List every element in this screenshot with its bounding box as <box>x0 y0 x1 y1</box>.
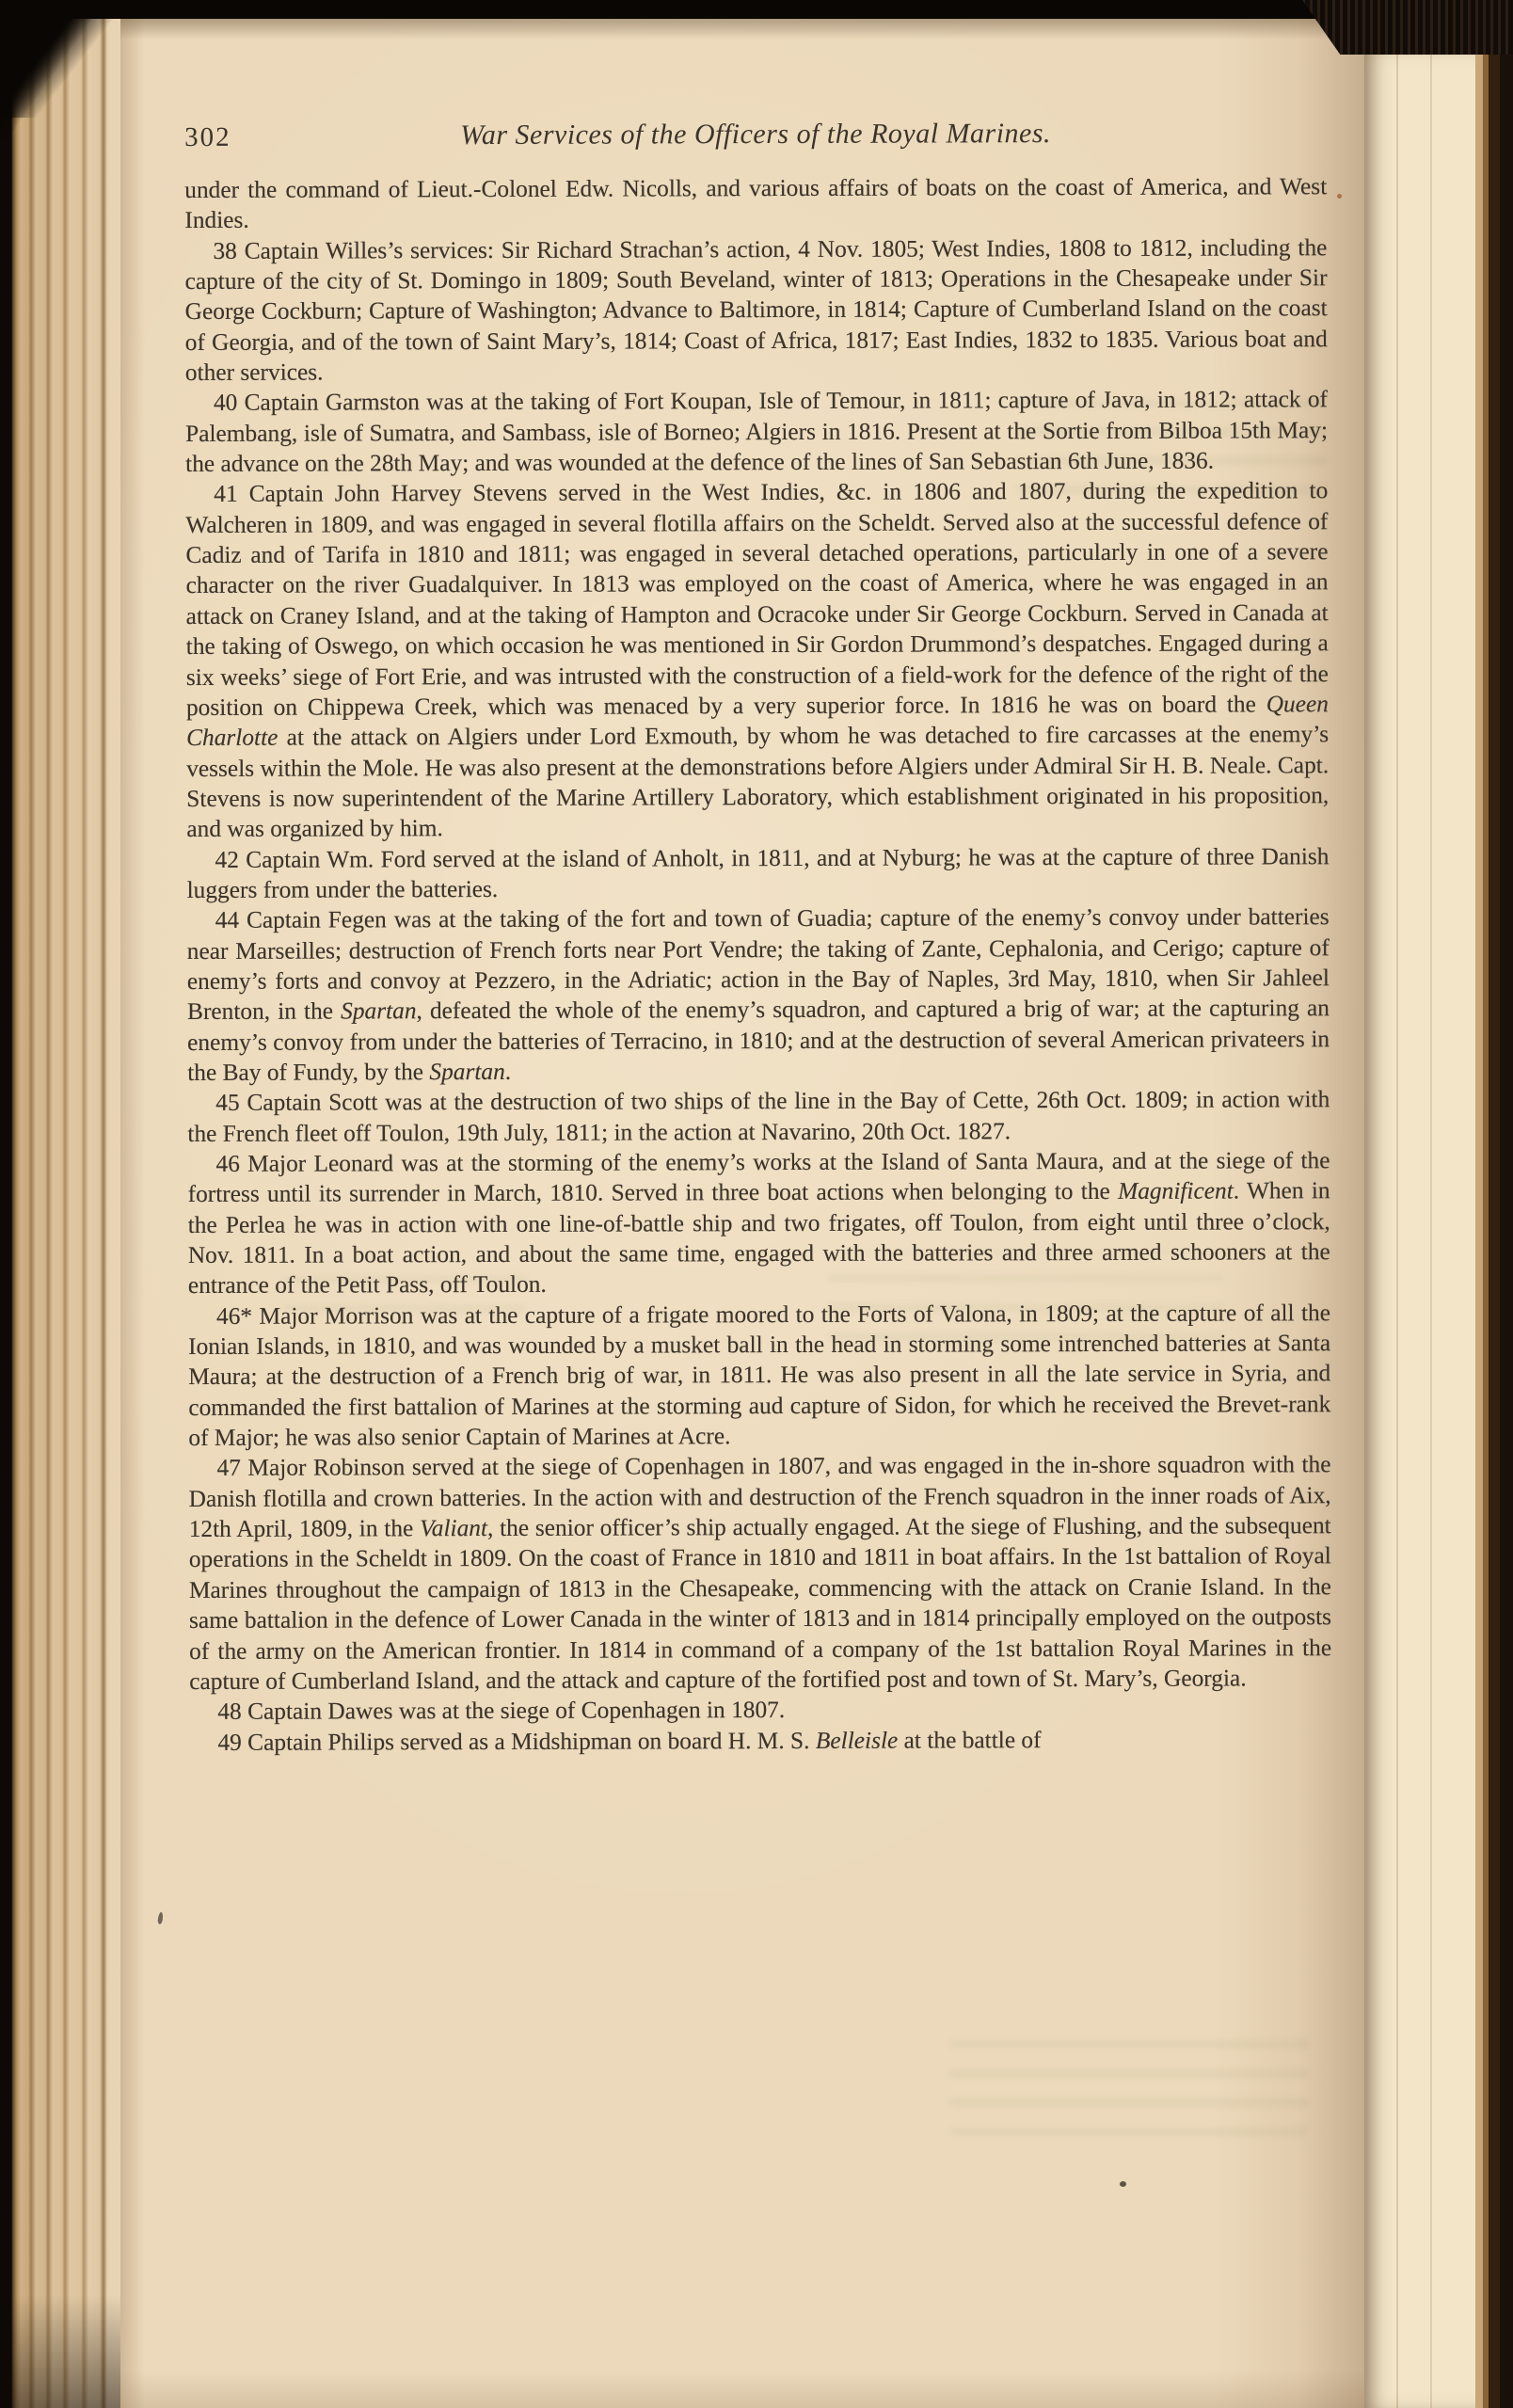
running-title: War Services of the Officers of the Roya… <box>184 115 1327 152</box>
paragraph: under the command of Lieut.-Colonel Edw.… <box>184 171 1327 236</box>
paragraph: 46* Major Morrison was at the capture of… <box>188 1298 1331 1454</box>
cover-corner-top-left <box>0 0 188 118</box>
paragraph: 38 Captain Willes’s services: Sir Richar… <box>184 232 1328 389</box>
show-through-text <box>950 2023 1308 2136</box>
ink-spot <box>1120 2181 1126 2187</box>
adjacent-page <box>1364 53 1475 2408</box>
paragraph: 46 Major Leonard was at the storming of … <box>187 1145 1330 1301</box>
paragraph: 44 Captain Fegen was at the taking of th… <box>187 901 1330 1088</box>
paragraph: 47 Major Robinson served at the siege of… <box>188 1450 1331 1698</box>
page-number: 302 <box>184 122 231 153</box>
paragraph: 48 Captain Dawes was at the siege of Cop… <box>189 1693 1331 1727</box>
paragraph: 49 Captain Philips served as a Midshipma… <box>189 1724 1331 1758</box>
paragraph: 41 Captain John Harvey Stevens served in… <box>185 476 1329 845</box>
stain-spot <box>1337 194 1342 199</box>
paragraph: 42 Captain Wm. Ford served at the island… <box>186 841 1329 906</box>
text-block: 302 War Services of the Officers of the … <box>184 115 1331 1758</box>
page-edges-right <box>1475 0 1513 2408</box>
binding-top-edge <box>0 0 1513 19</box>
running-head: 302 War Services of the Officers of the … <box>184 115 1327 164</box>
paragraph: 45 Captain Scott was at the destruction … <box>187 1084 1330 1149</box>
paragraph: 40 Captain Garmston was at the taking of… <box>185 385 1328 480</box>
page-edges-left <box>0 0 122 2408</box>
body-text: under the command of Lieut.-Colonel Edw.… <box>184 171 1331 1758</box>
